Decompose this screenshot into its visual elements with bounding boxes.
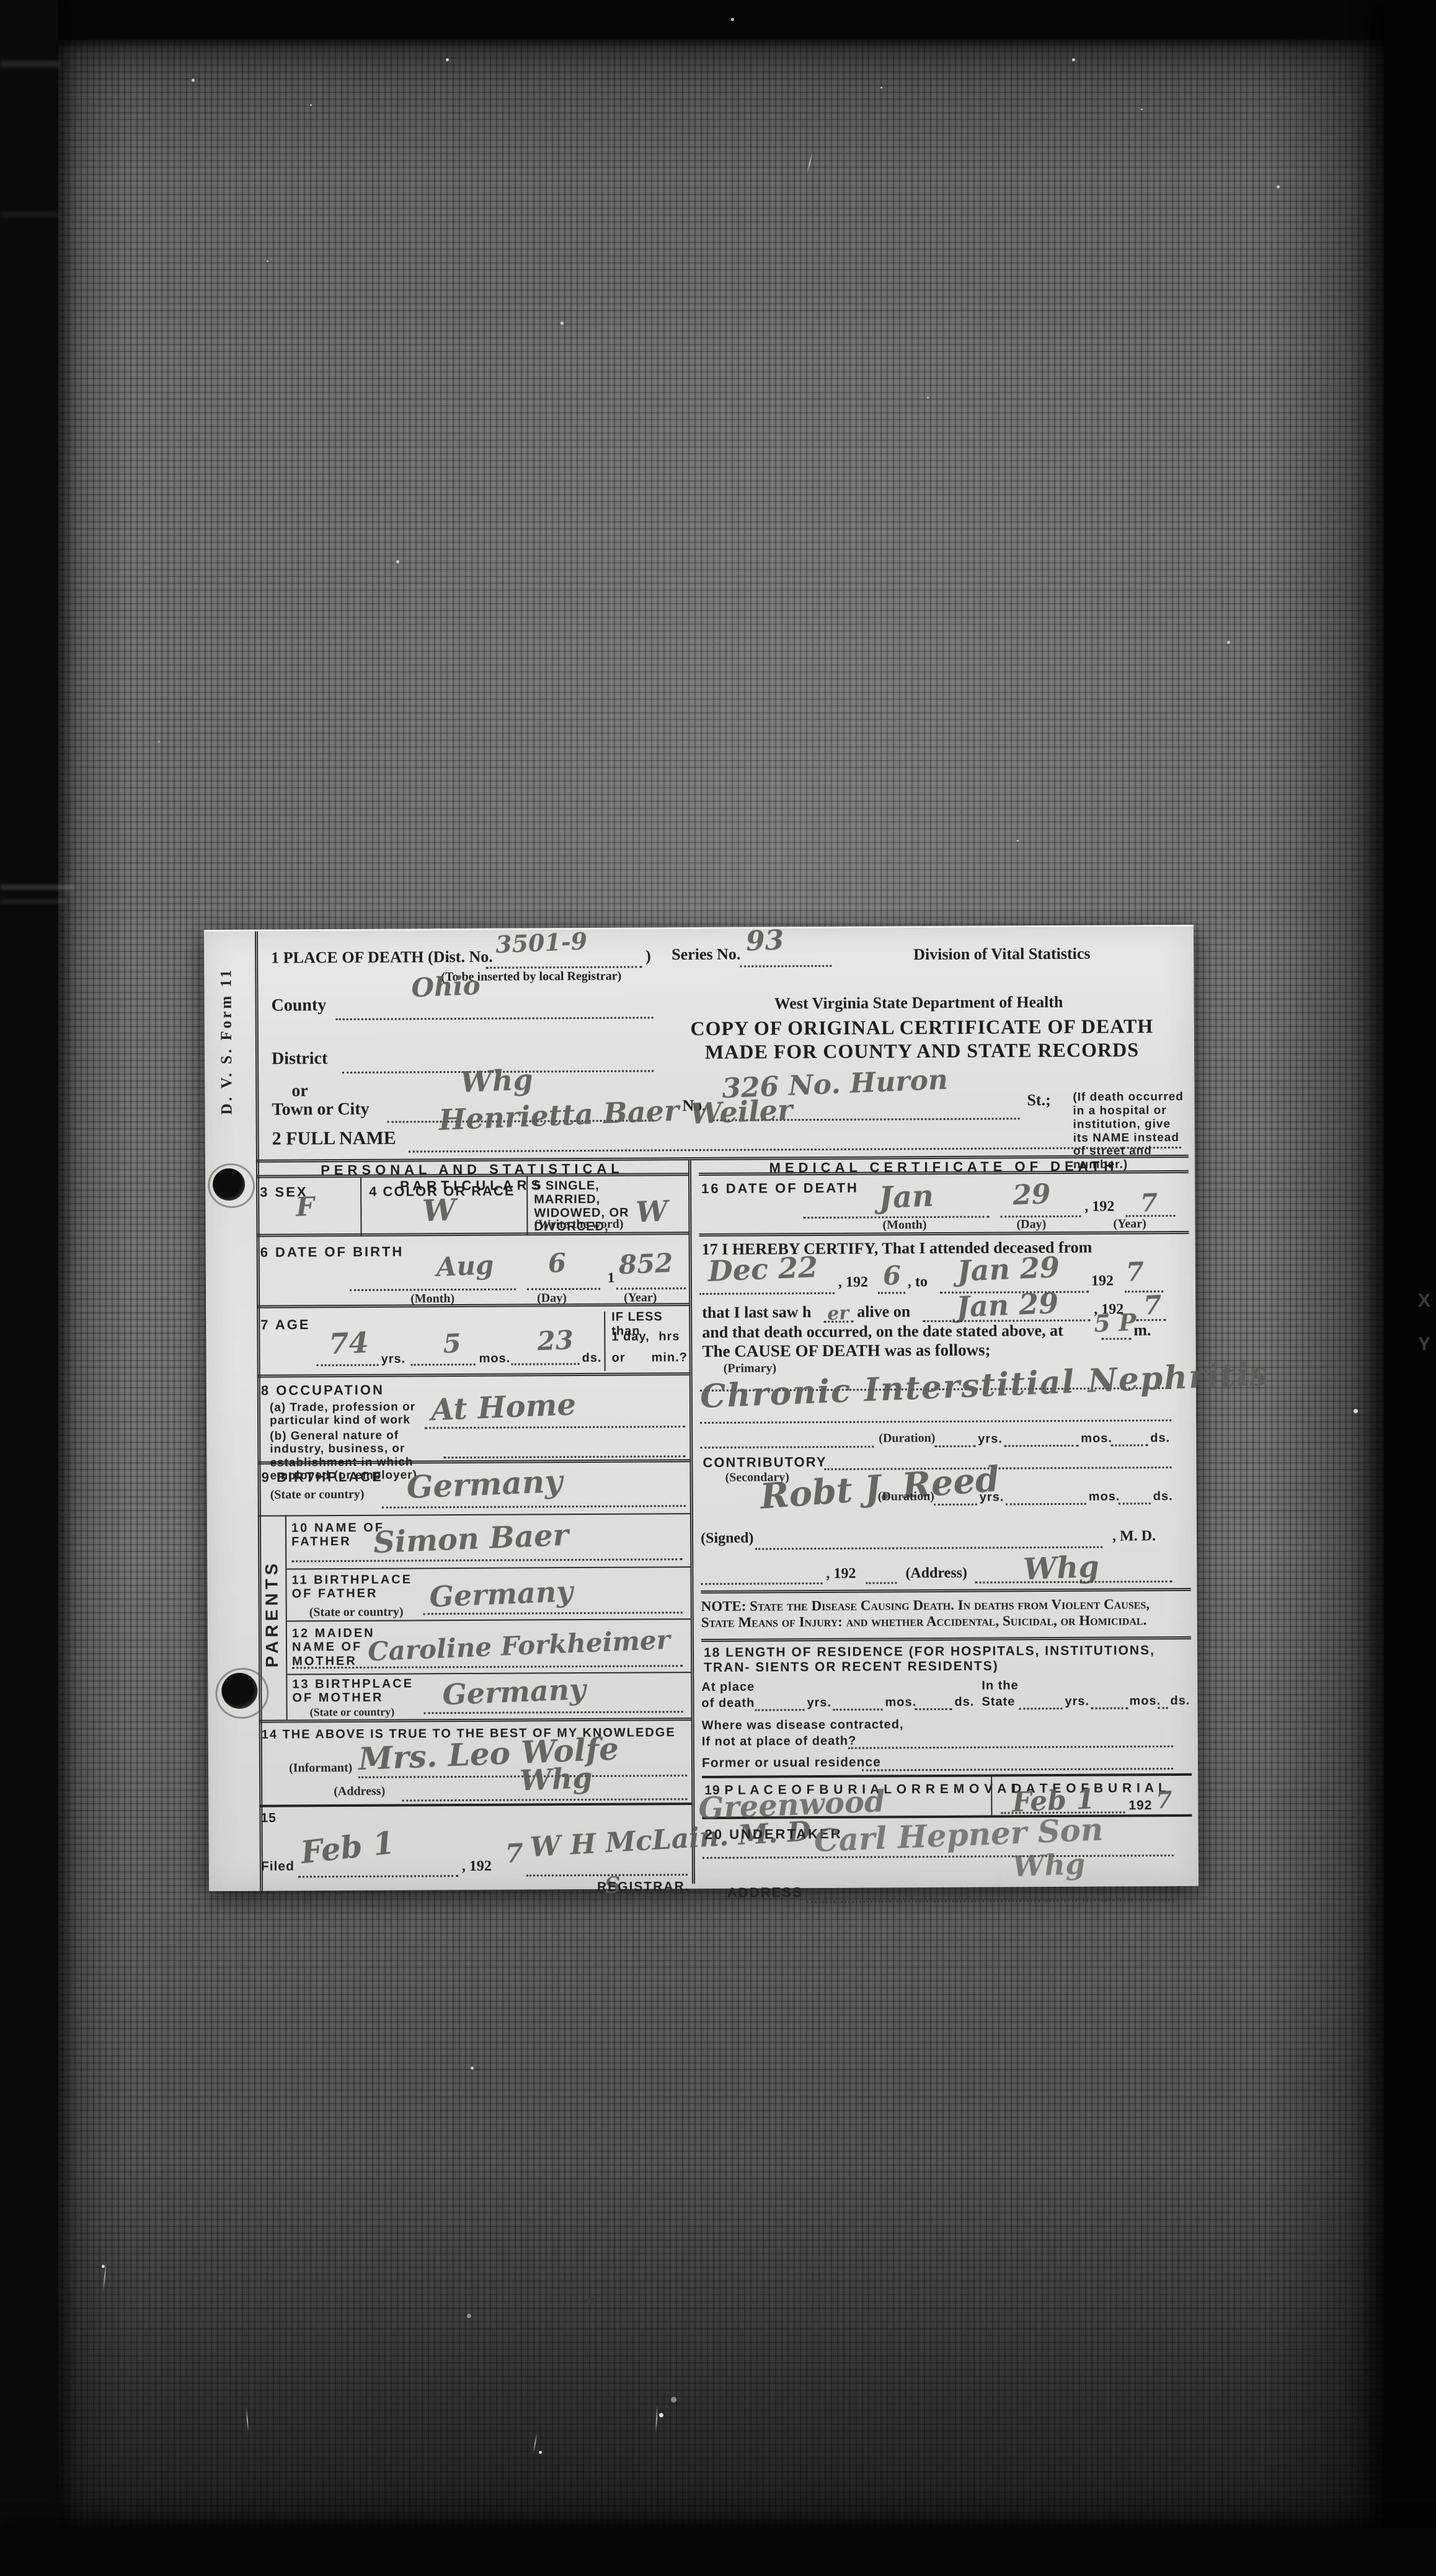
contracted-2: If not at place of death? [702, 1734, 857, 1749]
personal-particulars-column: PERSONAL AND STATISTICAL PARTICULARS 3 S… [256, 1160, 695, 1886]
father-name-row: 10 NAME OF FATHER Simon Baer [286, 1514, 690, 1569]
film-right-bar [1384, 0, 1436, 2576]
if-less-label-2: 1 day, [611, 1330, 649, 1344]
mother-birthplace-note: (State or country) [310, 1706, 395, 1719]
duration-mos: mos. [1081, 1432, 1112, 1446]
contracted-1: Where was disease contracted, [702, 1718, 904, 1733]
former-residence-row: Former or usual residence [702, 1751, 1192, 1778]
dotted-line [915, 1708, 952, 1710]
dotted-line [409, 1146, 1181, 1153]
saw-line-1: that I last saw h [702, 1303, 811, 1322]
dotted-line [350, 1288, 516, 1291]
dotted-line [512, 1362, 580, 1365]
dotted-line [411, 1363, 476, 1366]
sex-value-handwritten: F [295, 1191, 315, 1222]
birthplace-row: 9 BIRTHPLACE (State or country) Germany [257, 1462, 689, 1517]
copy-title-line1: COPY OF ORIGINAL CERTIFICATE OF DEATH [658, 1015, 1186, 1040]
at-place-row: At place of death yrs. mos. ds. In the S… [701, 1678, 1191, 1719]
department-title: West Virginia State Department of Health [652, 992, 1186, 1014]
dod-year-caption: (Year) [1113, 1217, 1146, 1231]
to-192: 192 [1091, 1273, 1114, 1290]
mother-birthplace-handwritten: Germany [441, 1672, 586, 1711]
length-of-residence-row: 18 LENGTH OF RESIDENCE (FOR HOSPITALS, I… [701, 1639, 1191, 1680]
is-mos: mos. [1129, 1694, 1161, 1708]
county-label: County [272, 995, 327, 1015]
primary-label: (Primary) [724, 1361, 777, 1375]
or-label: or [291, 1081, 308, 1101]
parents-section: PARENTS 10 NAME OF FATHER Simon Baer 11 … [258, 1514, 691, 1723]
dotted-line [291, 1558, 682, 1562]
age-days-handwritten: 23 [536, 1325, 574, 1356]
dotted-line [382, 1504, 686, 1509]
film-light-band [0, 885, 74, 889]
dotted-line [699, 1292, 835, 1295]
undertaker-city-handwritten: Whg [1012, 1847, 1086, 1884]
ap-yrs: yrs. [807, 1696, 831, 1710]
former-label: Former or usual residence [702, 1755, 881, 1771]
sig-address-label: (Address) [905, 1565, 967, 1582]
birthplace-note: (State or country) [270, 1488, 365, 1502]
parents-label-strip: PARENTS [258, 1517, 288, 1720]
residence-label: 18 LENGTH OF RESIDENCE (FOR HOSPITALS, I… [704, 1643, 1175, 1675]
ap-ds: ds. [954, 1695, 974, 1709]
marital-note: (Write the word) [534, 1217, 623, 1232]
film-bottom-bar [0, 2528, 1436, 2576]
undertaker-address-label: ADDRESS [727, 1884, 803, 1901]
dod-month-handwritten: Jan [878, 1179, 934, 1216]
disease-contracted-row: Where was disease contracted, If not at … [702, 1716, 1192, 1753]
contrib-yrs: yrs. [980, 1490, 1004, 1504]
contrib-ds: ds. [1153, 1489, 1173, 1504]
dotted-line [1158, 1706, 1168, 1709]
father-birthplace-note: (State or country) [309, 1605, 404, 1620]
filed-row: 15 Filed Feb 1 , 192 7 W H McLain. M. D … [259, 1805, 692, 1886]
ds-label: ds. [582, 1351, 602, 1365]
color-race-value-handwritten: W [422, 1193, 456, 1228]
contrib-mos: mos. [1089, 1489, 1120, 1504]
dotted-line [934, 1503, 977, 1506]
saw-line-2: alive on [857, 1302, 910, 1321]
film-light-band [0, 212, 60, 217]
dod-day-caption: (Day) [1016, 1217, 1046, 1232]
cell-divider [604, 1312, 606, 1371]
dotted-line [833, 1708, 883, 1710]
note-text: NOTE: State the Disease Causing Death. I… [701, 1596, 1172, 1630]
sig-192: , 192 [826, 1566, 856, 1582]
death-time-handwritten: 5 P [1093, 1308, 1137, 1338]
certify-row: 17 I HEREBY CERTIFY, That I attended dec… [699, 1234, 1190, 1342]
dotted-line [1004, 1444, 1078, 1447]
is-yrs: yrs. [1065, 1695, 1089, 1709]
saw-year-handwritten: 7 [1143, 1290, 1162, 1321]
informant-address-label: (Address) [334, 1784, 385, 1799]
film-left-bar [0, 0, 58, 2576]
age-years-handwritten: 74 [328, 1326, 369, 1361]
st-label: St.; [1027, 1091, 1050, 1109]
dotted-line [755, 1546, 1102, 1550]
cause-label: The CAUSE OF DEATH was as follows; [702, 1341, 990, 1361]
series-value-handwritten: 93 [745, 924, 784, 957]
occupation-row: 8 OCCUPATION (a) Trade, profession or pa… [257, 1375, 690, 1465]
dotted-line [700, 1445, 874, 1449]
medical-certificate-column: MEDICAL CERTIFICATE OF DEATH 16 DATE OF … [691, 1158, 1192, 1884]
birthplace-label: 9 BIRTHPLACE [262, 1469, 383, 1486]
from-year-handwritten: 6 [882, 1260, 902, 1291]
cause-value-handwritten: Chronic Interstitial Nephritis [699, 1355, 1270, 1416]
dob-year-handwritten: 852 [618, 1248, 674, 1280]
full-name-handwritten-2: Weiler [689, 1093, 793, 1131]
left-section-header: PERSONAL AND STATISTICAL PARTICULARS [256, 1160, 688, 1178]
place-of-death-label: 1 PLACE OF DEATH (Dist. No. [271, 948, 493, 968]
filed-label: Filed [261, 1859, 295, 1874]
dod-192: , 192 [1084, 1199, 1114, 1215]
burial-192: 192 [1128, 1798, 1152, 1813]
in-state-2: State [982, 1695, 1015, 1709]
occupation-a-label: (a) Trade, profession or particular kind… [270, 1400, 425, 1427]
dotted-line [317, 1364, 379, 1367]
at-place-1: At place [701, 1680, 755, 1695]
dotted-line [878, 1291, 905, 1294]
filed-date-handwritten: Feb 1 [299, 1824, 396, 1871]
informant-label: (Informant) [289, 1761, 352, 1776]
dob-day-handwritten: 6 [547, 1248, 567, 1279]
month-caption: (Month) [410, 1292, 454, 1306]
close-paren: ) [645, 946, 651, 965]
father-birthplace-handwritten: Germany [429, 1574, 574, 1613]
attended-to-handwritten: Jan 29 [957, 1250, 1060, 1288]
dust-specks [0, 0, 2, 2]
mother-maiden-row: 12 MAIDEN NAME OF MOTHER Caroline Forkhe… [287, 1620, 691, 1675]
or-min-label: or [612, 1351, 626, 1365]
duration-yrs: yrs. [978, 1432, 1003, 1446]
dob-year-prefix: 1 [608, 1270, 615, 1286]
note-row: NOTE: State the Disease Causing Death. I… [701, 1591, 1191, 1642]
dob-month-handwritten: Aug [436, 1250, 494, 1282]
dotted-line [934, 1445, 975, 1447]
informant-row: 14 THE ABOVE IS TRUE TO THE BEST OF MY K… [259, 1721, 692, 1807]
occupation-label: 8 OCCUPATION [261, 1382, 384, 1399]
ap-mos: mos. [885, 1695, 916, 1709]
duration-label: (Duration) [879, 1431, 935, 1445]
min-label: min.? [652, 1351, 688, 1365]
day-caption: (Day) [537, 1291, 567, 1305]
occupation-value-handwritten: At Home [430, 1387, 577, 1427]
district-number-handwritten: 3501-9 [495, 927, 588, 958]
dotted-line [862, 1767, 1173, 1771]
dotted-line [298, 1874, 458, 1877]
dotted-line [336, 1016, 654, 1020]
dod-month-caption: (Month) [882, 1218, 926, 1232]
town-or-city-label: Town or City [272, 1100, 369, 1120]
dob-label: 6 DATE OF BIRTH [260, 1244, 404, 1261]
microfilm-scan: X Y D. V. S. Form 11 1 PLACE OF DEATH (D… [0, 0, 1436, 2576]
filed-192: , 192 [462, 1858, 492, 1875]
dotted-line [1006, 1502, 1086, 1506]
age-row: 7 AGE 74 yrs. 5 mos. 23 ds. IF LESS than… [257, 1306, 689, 1378]
undertaker-row: 20 UNDERTAKER Carl Hepner Son Whg [702, 1817, 1192, 1881]
date-of-death-row: 16 DATE OF DEATH Jan 29 , 192 7 (Month) … [699, 1173, 1189, 1237]
dotted-line [1110, 1444, 1148, 1446]
hrs-label: hrs [658, 1330, 680, 1344]
dotted-line [740, 964, 831, 968]
certificate-content: 1 PLACE OF DEATH (Dist. No. 3501-9 ) (To… [255, 927, 1199, 1891]
sex-race-marital-row: 3 SEX F 4 COLOR OR RACE W 5 SINGLE, MARR… [256, 1176, 688, 1237]
film-top-bar [0, 0, 1436, 40]
certificate-header: 1 PLACE OF DEATH (Dist. No. 3501-9 ) (To… [255, 927, 1195, 1160]
cause-of-death-row: The CAUSE OF DEATH was as follows; (Prim… [699, 1339, 1190, 1451]
at-place-2: of death [701, 1696, 755, 1711]
marital-value-handwritten: W [635, 1194, 668, 1228]
dotted-line [1119, 1502, 1151, 1504]
m-label: m. [1133, 1321, 1151, 1339]
to-label: , to [908, 1274, 928, 1290]
is-ds: ds. [1170, 1694, 1190, 1708]
burial-year-handwritten: 7 [1155, 1786, 1172, 1814]
date-of-birth-row: 6 DATE OF BIRTH Aug 6 1 852 (Month) (Day… [257, 1235, 689, 1308]
cell-divider [526, 1176, 528, 1235]
form-number-strip: D. V. S. Form 11 [204, 932, 263, 1891]
death-certificate: D. V. S. Form 11 1 PLACE OF DEATH (Dist.… [204, 925, 1199, 1891]
filed-number: 15 [260, 1811, 276, 1826]
cell-divider [991, 1777, 992, 1815]
dotted-line [443, 1455, 685, 1458]
dotted-line [485, 965, 642, 968]
year-caption: (Year) [624, 1290, 657, 1305]
md-label: , M. D. [1112, 1528, 1156, 1545]
saw-date-handwritten: Jan 29 [955, 1286, 1059, 1324]
dod-year-handwritten: 7 [1140, 1188, 1158, 1218]
contributory-row: CONTRIBUTORY (Secondary) Robt J. Reed (D… [700, 1449, 1190, 1558]
dotted-line [1091, 1706, 1128, 1709]
district-label: District [272, 1049, 327, 1069]
dotted-line [423, 1611, 683, 1615]
mother-birthplace-row: 13 BIRTHPLACE OF MOTHER (State or countr… [287, 1673, 691, 1719]
dotted-line [755, 1708, 805, 1711]
dod-label: 16 DATE OF DEATH [701, 1180, 859, 1197]
dotted-line [402, 1797, 687, 1801]
dotted-line [700, 1419, 1171, 1424]
filed-year-handwritten: 7 [505, 1838, 524, 1869]
dod-day-handwritten: 29 [1012, 1178, 1051, 1211]
dotted-line [425, 1425, 685, 1429]
dotted-line [702, 1854, 1174, 1859]
in-state-1: In the [982, 1678, 1018, 1693]
contributory-label: CONTRIBUTORY [702, 1454, 827, 1471]
film-edge-y-mark: Y [1418, 1334, 1431, 1355]
signed-date-row: , 192 (Address) Whg [701, 1555, 1190, 1594]
town-value-handwritten: Whg [459, 1062, 533, 1099]
dotted-line [616, 1287, 686, 1290]
full-name-label: 2 FULL NAME [272, 1128, 396, 1150]
certificate-columns: PERSONAL AND STATISTICAL PARTICULARS 3 S… [256, 1155, 1192, 1886]
death-occurred-line: and that death occurred, on the date sta… [702, 1321, 1063, 1342]
dotted-line [424, 1710, 683, 1714]
form-number-label: D. V. S. Form 11 [218, 968, 236, 1115]
father-birthplace-label: 11 BIRTHPLACE OF FATHER [291, 1573, 422, 1601]
signed-label: (Signed) [701, 1530, 753, 1547]
age-label: 7 AGE [260, 1317, 310, 1333]
copy-title-line2: MADE FOR COUNTY AND STATE RECORDS [658, 1038, 1186, 1064]
parents-rows: 10 NAME OF FATHER Simon Baer 11 BIRTHPLA… [286, 1514, 691, 1719]
contrib-duration-label: (Duration) [878, 1489, 934, 1504]
film-light-band [0, 900, 65, 903]
attended-from-handwritten: Dec 22 [707, 1250, 818, 1288]
dotted-line [527, 1287, 600, 1290]
dotted-line [975, 1580, 1172, 1584]
cell-divider [360, 1178, 361, 1237]
parents-label: PARENTS [262, 1560, 282, 1668]
mos-label: mos. [479, 1352, 511, 1366]
to-year-handwritten: 7 [1125, 1256, 1145, 1287]
burial-row: 19 P L A C E O F B U R I A L O R R E M O… [702, 1776, 1192, 1819]
from-192: , 192 [838, 1274, 868, 1291]
duration-ds: ds. [1150, 1431, 1170, 1445]
full-name-handwritten-1: Henrietta Baer [438, 1093, 680, 1137]
film-light-band [0, 61, 60, 67]
informant-address-handwritten: Whg [519, 1761, 593, 1797]
division-label: Division of Vital Statistics [913, 945, 1090, 964]
dotted-line [866, 1581, 897, 1584]
registrar-label: REGISTRAR. [597, 1879, 690, 1895]
county-value-handwritten: Ohio [410, 970, 481, 1003]
series-label: Series No. [671, 945, 740, 964]
father-birthplace-row: 11 BIRTHPLACE OF FATHER (State or countr… [286, 1568, 690, 1621]
dotted-line [848, 1745, 1173, 1749]
dotted-line [1019, 1707, 1063, 1709]
yrs-label: yrs. [381, 1352, 406, 1366]
mother-birthplace-label: 13 BIRTHPLACE OF MOTHER [292, 1677, 422, 1705]
age-months-handwritten: 5 [442, 1328, 461, 1359]
father-name-handwritten: Simon Baer [373, 1518, 569, 1561]
dotted-line [701, 1582, 822, 1585]
birthplace-value-handwritten: Germany [406, 1463, 564, 1506]
film-edge-x-mark: X [1418, 1290, 1431, 1312]
